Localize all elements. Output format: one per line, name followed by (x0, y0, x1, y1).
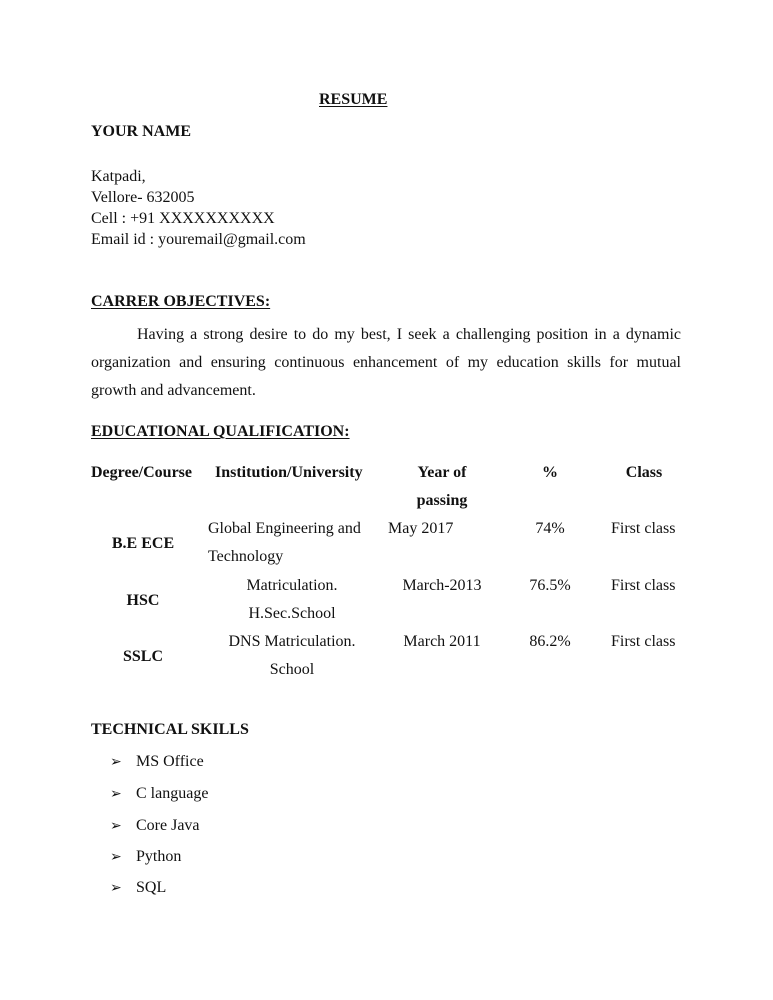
arrow-bullet-icon: ➢ (110, 818, 136, 834)
table-cell-percent: 86.2% (520, 633, 580, 651)
education-heading: EDUCATIONAL QUALIFICATION: (91, 423, 350, 441)
list-item: ➢Python (110, 848, 181, 866)
skill-label: MS Office (136, 753, 204, 770)
arrow-bullet-icon: ➢ (110, 786, 136, 802)
skill-label: C language (136, 785, 208, 802)
email-line: Email id : youremail@gmail.com (91, 231, 306, 249)
table-cell-class: First class (611, 520, 675, 538)
table-cell-year: March 2011 (392, 633, 492, 651)
phone-line: Cell : +91 XXXXXXXXXX (91, 210, 275, 228)
table-cell-institution: Matriculation. (208, 577, 376, 595)
list-item: ➢C language (110, 785, 208, 803)
column-header-institution: Institution/University (215, 464, 363, 482)
arrow-bullet-icon: ➢ (110, 754, 136, 770)
column-header-year: Year of (396, 464, 488, 482)
objective-line: growth and advancement. (91, 382, 681, 400)
arrow-bullet-icon: ➢ (110, 849, 136, 865)
table-cell-year: May 2017 (388, 520, 453, 538)
table-cell-percent: 76.5% (520, 577, 580, 595)
table-cell-institution: DNS Matriculation. (208, 633, 376, 651)
list-item: ➢MS Office (110, 753, 204, 771)
candidate-name: YOUR NAME (91, 123, 191, 141)
table-cell-percent: 74% (520, 520, 580, 538)
table-cell-institution: H.Sec.School (208, 605, 376, 623)
table-cell-degree: B.E ECE (91, 535, 195, 553)
table-cell-institution: Global Engineering and (208, 520, 361, 538)
column-header-year-2: passing (396, 492, 488, 510)
list-item: ➢Core Java (110, 817, 200, 835)
table-cell-institution: School (208, 661, 376, 679)
objective-line: organization and ensuring continuous enh… (91, 354, 681, 372)
address-line: Katpadi, (91, 168, 146, 186)
list-item: ➢SQL (110, 879, 166, 897)
column-header-degree: Degree/Course (91, 464, 192, 482)
column-header-class: Class (604, 464, 684, 482)
address-line: Vellore- 632005 (91, 189, 195, 207)
objectives-heading: CARRER OBJECTIVES: (91, 293, 270, 311)
table-cell-year: March-2013 (392, 577, 492, 595)
objective-line: Having a strong desire to do my best, I … (91, 326, 681, 344)
table-cell-degree: HSC (91, 592, 195, 610)
table-cell-degree: SSLC (91, 648, 195, 666)
table-cell-class: First class (611, 577, 675, 595)
skills-heading: TECHNICAL SKILLS (91, 721, 249, 739)
document-title: RESUME (319, 91, 387, 109)
table-cell-institution: Technology (208, 548, 283, 566)
column-header-percent: % (520, 464, 580, 482)
skill-label: Core Java (136, 817, 200, 834)
skill-label: Python (136, 848, 181, 865)
skill-label: SQL (136, 879, 166, 896)
table-cell-class: First class (611, 633, 675, 651)
arrow-bullet-icon: ➢ (110, 880, 136, 896)
